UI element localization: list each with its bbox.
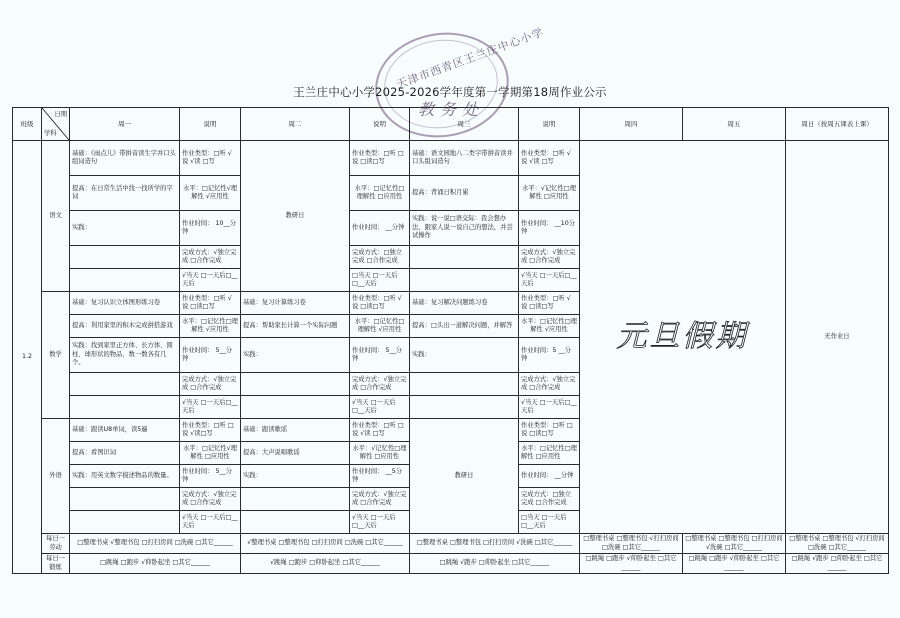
- labor-thu: □整理书桌 □整理书包 √打扫房间 □洗碗 □其它______: [580, 534, 683, 554]
- chinese-tue-note-type: 作业类型：□听 □说 □读□写: [350, 141, 410, 176]
- header-monday: 周一: [70, 108, 180, 141]
- math-wed-note-type: 作业类型：□听 √说 □读□写: [519, 292, 580, 315]
- chinese-wed-note-level: 水平：√记忆性□理解性 □应用性: [519, 176, 580, 211]
- math-mon-empty-1: [70, 373, 180, 396]
- chinese-wed-note-type: 作业类型：□听 √说 √读 □写: [519, 141, 580, 176]
- header-friday: 周五: [683, 108, 786, 141]
- english-wed-research-day: 教研日: [410, 419, 519, 534]
- math-tue-note-due: √当天 □一天后□__天后: [350, 396, 410, 419]
- subject-math: 数学: [42, 292, 70, 419]
- class-cell: 1.2: [13, 141, 42, 574]
- chinese-mon-empty-2: [70, 269, 180, 292]
- header-wednesday: 周三: [410, 108, 519, 141]
- math-tue-note-method: 完成方式：√独立完成 □合作完成: [350, 373, 410, 396]
- chinese-wed-practice: 实践：说一说□语交际：我会想办法，跟家人说一说自己的想法，并尝试操作: [410, 211, 519, 246]
- chinese-wed-empty-2: [410, 269, 519, 292]
- math-mon-note-method: 完成方式：√独立完成 □合作完成: [180, 373, 241, 396]
- chinese-mon-note-time: 作业时间： 10__分钟: [180, 211, 241, 246]
- header-date-label: 日期: [54, 111, 67, 119]
- math-mon-advanced: 提高：利用家里的积木完成拼搭游戏: [70, 315, 180, 338]
- chinese-tue-note-time: 作业时间： __分钟: [350, 211, 410, 246]
- math-wed-empty-2: [410, 396, 519, 419]
- header-row: 班级 日期 学科 周一 说明 周二 说明 周三 说明 周四 周五 周日（按周五课…: [13, 108, 889, 141]
- english-wed-note-level: 水平：□记忆性□理解性 □应用性: [519, 442, 580, 465]
- english-mon-practice: 实践：用英文数字描述物品的数量。: [70, 465, 180, 488]
- header-subject-label: 学科: [44, 130, 57, 138]
- sunday-cell: 无作业日: [786, 141, 889, 534]
- subject-chinese: 语文: [42, 141, 70, 292]
- english-mon-empty-2: [70, 511, 180, 534]
- english-wed-note-due: □当天 □一天后□__天后: [519, 511, 580, 534]
- english-tue-empty-1: [241, 488, 350, 511]
- math-wed-note-due: √当天 □一天后□__天后: [519, 396, 580, 419]
- header-tuesday: 周二: [241, 108, 350, 141]
- english-tue-practice: 实践：: [241, 465, 350, 488]
- math-mon-note-time: 作业时间： 5__分钟: [180, 338, 241, 373]
- math-tue-empty-2: [241, 396, 350, 419]
- english-mon-empty-1: [70, 488, 180, 511]
- chinese-tue-note-method: 完成方式：□独立完成 □合作完成: [350, 246, 410, 269]
- english-tue-empty-2: [241, 511, 350, 534]
- chinese-tue-note-level: 水平：□记忆性□理解性 □应用性: [350, 176, 410, 211]
- english-mon-note-time: 作业时间： 5__分钟: [180, 465, 241, 488]
- math-mon-note-level: 水平：□记忆性□理解性 √应用性: [180, 315, 241, 338]
- chinese-wed-note-due: √当天 □一天后□__天后: [519, 269, 580, 292]
- subject-english: 外语: [42, 419, 70, 534]
- chinese-tue-note-due: □当天 □一天后□__天后: [350, 269, 410, 292]
- math-mon-practice: 实践：找到家里正方体、长方体、圆柱、球形状的物品，数一数各有几个。: [70, 338, 180, 373]
- exercise-label: 每日一锻炼: [42, 554, 70, 574]
- exercise-mon: □跳绳 □跑步 √仰卧起坐 □其它______: [70, 554, 241, 574]
- math-tue-practice: 实践：: [241, 338, 350, 373]
- math-wed-empty-1: [410, 373, 519, 396]
- english-mon-advanced: 提高：看图识词: [70, 442, 180, 465]
- math-mon-empty-2: [70, 396, 180, 419]
- math-wed-practice: 实践：: [410, 338, 519, 373]
- math-tue-advanced: 提高：帮助家长计算一个实际问题: [241, 315, 350, 338]
- chinese-mon-note-method: 完成方式：√独立完成 □合作完成: [180, 246, 241, 269]
- header-diagonal-cell: 日期 学科: [42, 108, 70, 141]
- math-tue-empty-1: [241, 373, 350, 396]
- english-wed-note-time: 作业时间： __分钟: [519, 465, 580, 488]
- math-tue-note-type: 作业类型：□听 √说 □读□写: [350, 292, 410, 315]
- math-wed-advanced: 提高：□头出一道解决问题，并解答: [410, 315, 519, 338]
- chinese-mon-advanced: 提高：在日常生活中找一找所学的字词: [70, 176, 180, 211]
- chinese-wed-note-method: 完成方式：√独立完成 □合作完成: [519, 246, 580, 269]
- math-mon-note-due: √当天 □一天后□__天后: [180, 396, 241, 419]
- holiday-label: 元旦假期: [617, 319, 749, 354]
- header-monday-note: 说明: [180, 108, 241, 141]
- chinese-tue-research-day: 教研日: [241, 141, 350, 292]
- exercise-tue: √跳绳 □跑步 □仰卧起坐 □其它______: [241, 554, 410, 574]
- chinese-wed-note-time: 作业时间： __10分钟: [519, 211, 580, 246]
- math-mon-note-type: 作业类型：□听 √说 □读□写: [180, 292, 241, 315]
- math-wed-note-method: 完成方式：√独立完成 □合作完成: [519, 373, 580, 396]
- math-tue-basic: 基础：复习计算练习卷: [241, 292, 350, 315]
- labor-tue: √整理书桌 □整理书包 □打扫房间 □洗碗 □其它______: [241, 534, 410, 554]
- english-tue-note-method: 完成方式：√独立完成 □合作完成: [350, 488, 410, 511]
- chinese-mon-note-due: √当天 □一天后□__天后: [180, 269, 241, 292]
- english-tue-note-level: 水平：√记忆性□理解性 □应用性: [350, 442, 410, 465]
- chinese-mon-basic: 基础：《雨点儿》带拼音读生字并口头组词造句: [70, 141, 180, 176]
- labor-sun: □整理书桌 □整理书包 √打扫房间 □洗碗 □其它______: [786, 534, 889, 554]
- chinese-mon-note-level: 水平：□记忆性√理解性 √应用性: [180, 176, 241, 211]
- english-mon-basic: 基础：跟读U8单词，读5遍: [70, 419, 180, 442]
- header-sunday: 周日（按周五课表上课）: [786, 108, 889, 141]
- math-wed-note-level: 水平：□记忆性□理解性 √应用性: [519, 315, 580, 338]
- labor-fri: □整理书桌 □整理书包 □打扫房间 √洗碗 □其它______: [683, 534, 786, 554]
- chinese-wed-advanced: 提高：背诵日积月累: [410, 176, 519, 211]
- english-tue-basic: 基础：跟读歌谣: [241, 419, 350, 442]
- exercise-row: 每日一锻炼 □跳绳 □跑步 √仰卧起坐 □其它______ √跳绳 □跑步 □仰…: [13, 554, 889, 574]
- exercise-fri: □跳绳 □跑步 √仰卧起坐 □其它______: [683, 554, 786, 574]
- english-mon-note-type: 作业类型：□听 □说 √读□写: [180, 419, 241, 442]
- holiday-cell: 元旦假期: [580, 141, 786, 534]
- math-tue-note-time: 作业时间： 5__分钟: [350, 338, 410, 373]
- math-mon-basic: 基础：复习认识立体图形练习卷: [70, 292, 180, 315]
- english-mon-note-method: 完成方式：√独立完成 □合作完成: [180, 488, 241, 511]
- math-tue-note-level: 水平：□记忆性□理解性 √应用性: [350, 315, 410, 338]
- header-wednesday-note: 说明: [519, 108, 580, 141]
- english-mon-note-level: 水平：□记忆性√理解性 □应用性: [180, 442, 241, 465]
- english-tue-note-time: 作业时间： __5分钟: [350, 465, 410, 488]
- exercise-wed: □跳绳 √跑步 □仰卧起坐 □其它______: [410, 554, 580, 574]
- english-tue-note-due: √当天 □一天后□__天后: [350, 511, 410, 534]
- labor-wed: □整理书桌 □整理书包 □打扫房间 √洗碗 □其它______: [410, 534, 580, 554]
- chinese-wed-empty-1: [410, 246, 519, 269]
- document-title: 王兰庄中心小学2025-2026学年度第一学期第18周作业公示: [0, 84, 900, 100]
- labor-row: 每日一劳动 □整理书桌 √整理书包 □打扫房间 □洗碗 □其它______ √整…: [13, 534, 889, 554]
- labor-label: 每日一劳动: [42, 534, 70, 554]
- header-tuesday-note: 说明: [350, 108, 410, 141]
- english-mon-note-due: √当天 □一天后□__天后: [180, 511, 241, 534]
- english-wed-note-type: 作业类型：□听 □说 □读□写: [519, 419, 580, 442]
- chinese-wed-basic: 基础：语文园地八二类字带拼音读并口头组词造句: [410, 141, 519, 176]
- english-wed-note-method: 完成方式：□独立完成 □合作完成: [519, 488, 580, 511]
- exercise-sun: □跳绳 √跑步 □仰卧起坐 □其它______: [786, 554, 889, 574]
- math-wed-note-time: 作业时间：5 __分钟: [519, 338, 580, 373]
- english-tue-note-type: 作业类型：□听 □说 √读 □写: [350, 419, 410, 442]
- chinese-mon-practice: 实践：: [70, 211, 180, 246]
- table-row: 1.2 语文 基础：《雨点儿》带拼音读生字并口头组词造句 作业类型：□听 √说 …: [13, 141, 889, 176]
- english-tue-advanced: 提高：大声说唱歌谣: [241, 442, 350, 465]
- labor-mon: □整理书桌 √整理书包 □打扫房间 □洗碗 □其它______: [70, 534, 241, 554]
- math-wed-basic: 基础：复习解决问题练习卷: [410, 292, 519, 315]
- header-class: 班级: [13, 108, 42, 141]
- header-thursday: 周四: [580, 108, 683, 141]
- chinese-mon-note-type: 作业类型：□听 √说 √读 □写: [180, 141, 241, 176]
- exercise-thu: □跳绳 □跑步 √仰卧起坐 □其它______: [580, 554, 683, 574]
- chinese-mon-empty-1: [70, 246, 180, 269]
- homework-table: 班级 日期 学科 周一 说明 周二 说明 周三 说明 周四 周五 周日（按周五课…: [12, 107, 889, 574]
